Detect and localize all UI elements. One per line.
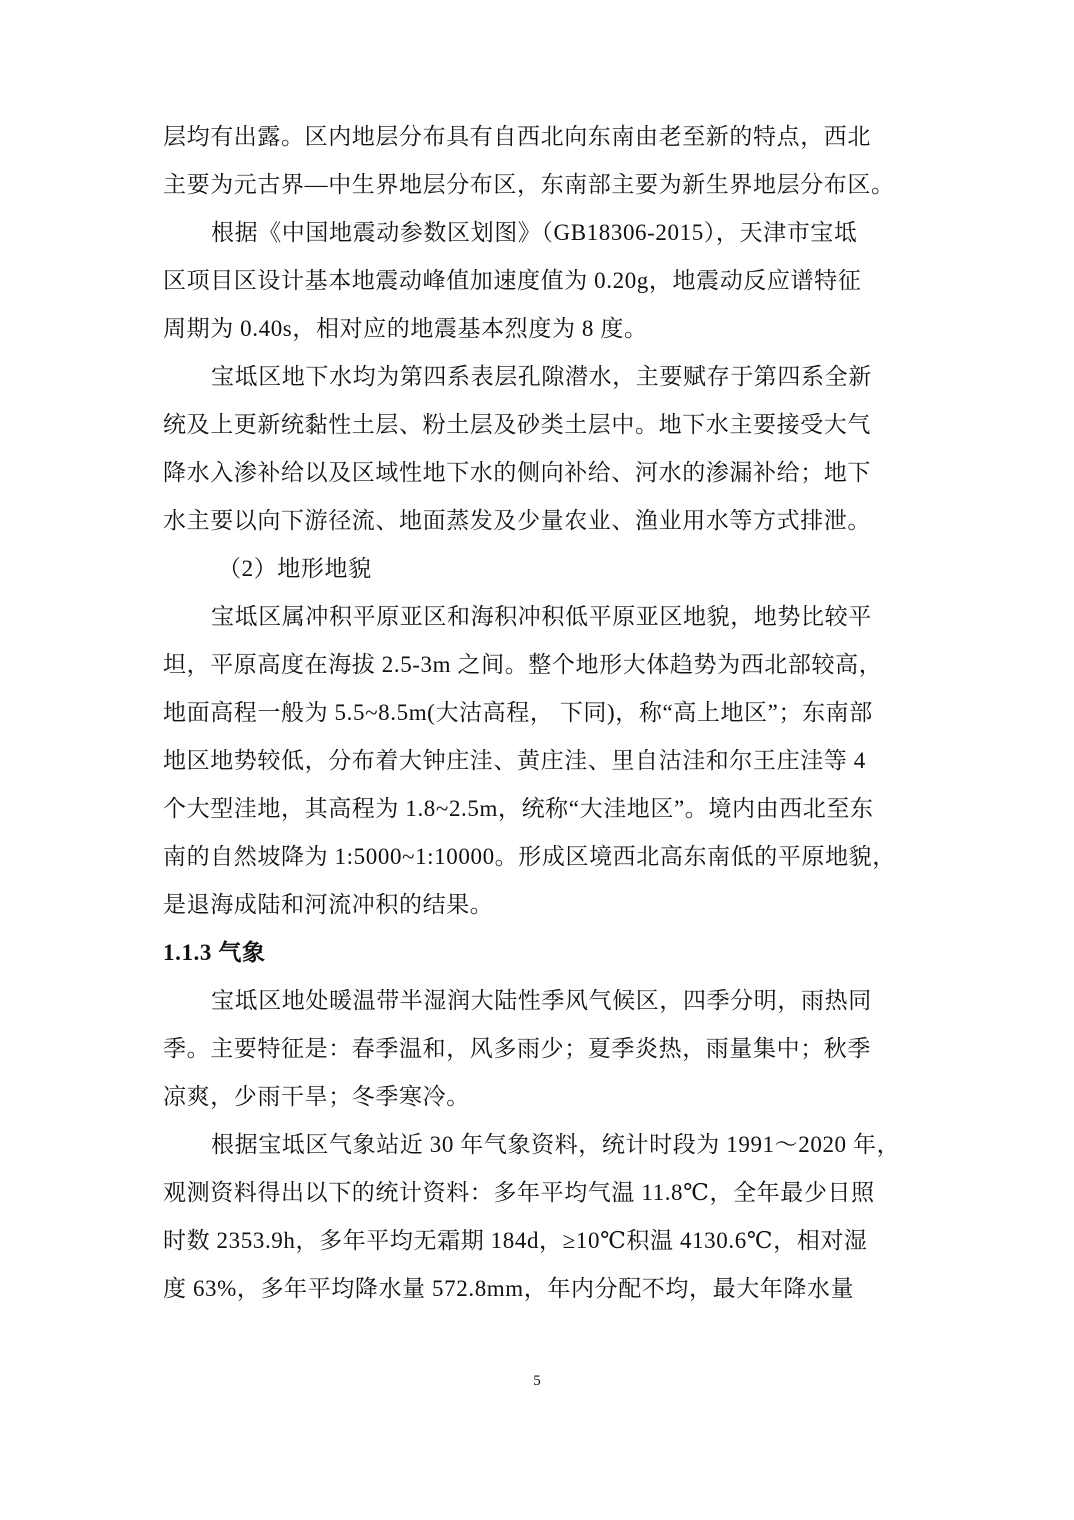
text-line: 观测资料得出以下的统计资料：多年平均气温 11.8℃，全年最少日照 (163, 1178, 875, 1208)
text-line: 降水入渗补给以及区域性地下水的侧向补给、河水的渗漏补给；地下 (163, 458, 871, 488)
text-line: 地区地势较低，分布着大钟庄洼、黄庄洼、里自沽洼和尔王庄洼等 4 (163, 746, 866, 776)
text-line: 区项目区设计基本地震动峰值加速度值为 0.20g，地震动反应谱特征 (163, 266, 861, 296)
text-line: 南的自然坡降为 1:5000~1:10000。形成区境西北高东南低的平原地貌， (163, 842, 896, 872)
text-line: 度 63%，多年平均降水量 572.8mm，年内分配不均，最大年降水量 (163, 1274, 854, 1304)
page-number: 5 (533, 1372, 541, 1390)
text-line: 统及上更新统黏性土层、粉土层及砂类土层中。地下水主要接受大气 (163, 410, 871, 440)
text-line: 根据《中国地震动参数区划图》（GB18306-2015），天津市宝坻 (211, 218, 858, 248)
text-line: 坦，平原高度在海拔 2.5-3m 之间。整个地形大体趋势为西北部较高， (163, 650, 882, 680)
text-line: 个大型洼地，其高程为 1.8~2.5m，统称“大洼地区”。境内由西北至东 (163, 794, 874, 824)
text-line: 水主要以向下游径流、地面蒸发及少量农业、渔业用水等方式排泄。 (163, 506, 871, 536)
text-line: 时数 2353.9h，多年平均无霜期 184d，≥10℃积温 4130.6℃，相… (163, 1226, 868, 1256)
text-line: 宝坻区地处暖温带半湿润大陆性季风气候区，四季分明，雨热同 (211, 986, 872, 1016)
text-line: 地面高程一般为 5.5~8.5m(大沽高程， 下同)，称“高上地区”；东南部 (163, 698, 873, 728)
text-line: 宝坻区地下水均为第四系表层孔隙潜水，主要赋存于第四系全新 (211, 362, 872, 392)
text-line: 周期为 0.40s，相对应的地震基本烈度为 8 度。 (163, 314, 648, 344)
text-line: 季。主要特征是：春季温和，风多雨少；夏季炎热，雨量集中；秋季 (163, 1034, 871, 1064)
text-line: 凉爽，少雨干旱；冬季寒冷。 (163, 1082, 470, 1112)
text-line: 宝坻区属冲积平原亚区和海积冲积低平原亚区地貌，地势比较平 (211, 602, 872, 632)
text-line: 层均有出露。区内地层分布具有自西北向东南由老至新的特点，西北 (163, 122, 871, 152)
text-line: 是退海成陆和河流冲积的结果。 (163, 890, 493, 920)
text-line: 主要为元古界—中生界地层分布区，东南部主要为新生界地层分布区。 (163, 170, 895, 200)
section-heading: 1.1.3 气象 (163, 938, 266, 968)
subsection-heading: （2）地形地貌 (218, 554, 372, 584)
text-line: 根据宝坻区气象站近 30 年气象资料，统计时段为 1991～2020 年， (211, 1130, 900, 1160)
